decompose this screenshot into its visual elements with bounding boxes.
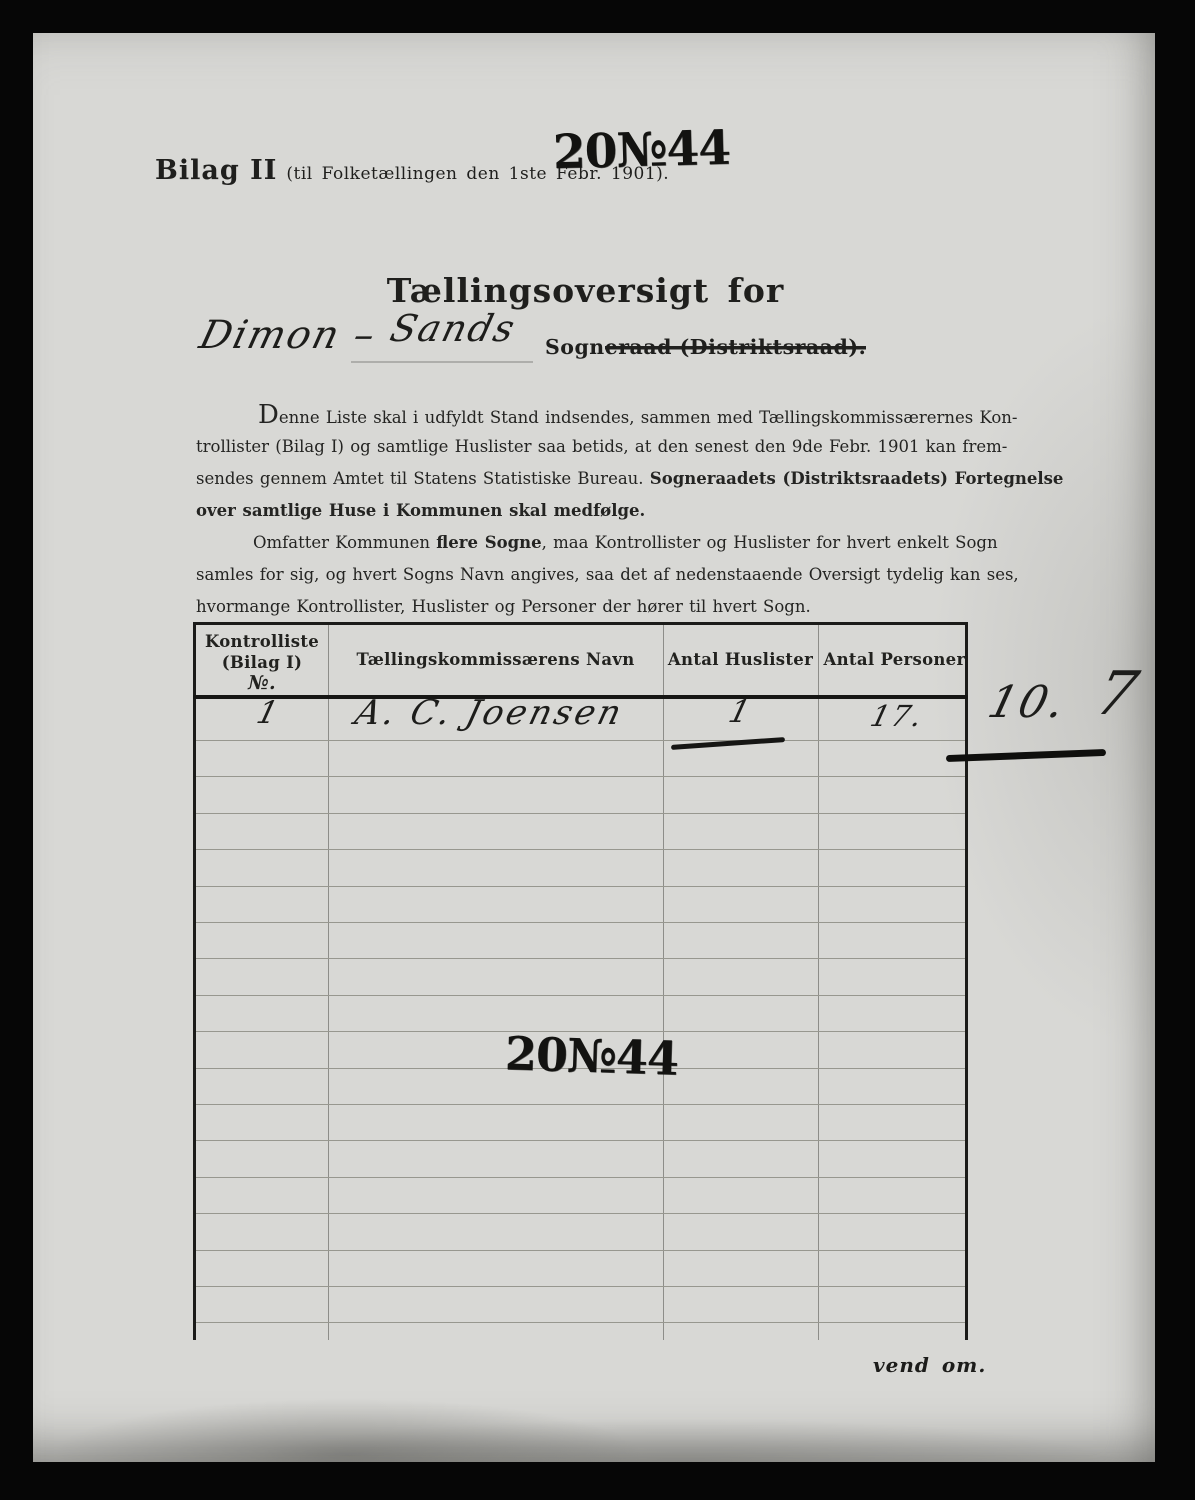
paragraph2-line3: hvormange Kontrollister, Huslister og Pe… xyxy=(196,591,976,623)
table-row-line xyxy=(196,740,965,741)
column-divider-3 xyxy=(818,625,819,1340)
header-kontrolliste: Kontrolliste xyxy=(196,632,328,651)
header-antal-huslister: Antal Huslister xyxy=(663,650,818,669)
paragraph1-line2: trollister (Bilag I) og samtlige Huslist… xyxy=(196,431,976,463)
page-title: Tællingsoversigt for xyxy=(33,271,1138,310)
paragraph1-line3-bold: Sogneraadets (Distriktsraadets) Fortegne… xyxy=(650,469,1064,488)
table-row-line xyxy=(196,995,965,996)
table-row-line xyxy=(196,813,965,814)
table-row-line xyxy=(196,958,965,959)
header-no: №. xyxy=(196,672,328,694)
table-row-line xyxy=(196,1286,965,1287)
sogneraad-unstruck: Sogn xyxy=(545,335,605,359)
paragraph1-line1: Denne Liste skal i udfyldt Stand indsend… xyxy=(196,399,976,431)
entry-commissioner-name: A. C. Joensen xyxy=(351,693,628,733)
table-row-line xyxy=(196,1140,965,1141)
table-row-line xyxy=(196,922,965,923)
paragraph2-line1: Omfatter Kommunen flere Sogne, maa Kontr… xyxy=(196,527,976,559)
margin-note-1: 10. xyxy=(983,677,1072,728)
paragraph2-line1-bold: flere Sogne xyxy=(436,533,541,552)
margin-note-2: 7 xyxy=(1089,659,1147,729)
header-antal-personer: Antal Personer xyxy=(818,650,971,669)
table-row-line xyxy=(196,1104,965,1105)
form-label: Bilag II xyxy=(155,155,277,186)
paragraph1-line4: over samtlige Huse i Kommunen skal medfø… xyxy=(196,495,976,527)
turn-over-note: vend om. xyxy=(873,1353,986,1377)
table-row-line xyxy=(196,849,965,850)
scanned-page: Bilag II (til Folketællingen den 1ste Fe… xyxy=(33,33,1155,1462)
archive-stamp-top: 20№44 xyxy=(552,121,730,181)
sogneraad-label: Sogneraad (Distriktsraad). xyxy=(545,335,866,359)
paragraph1-line3-normal: sendes gennem Amtet til Statens Statisti… xyxy=(196,469,644,488)
header-taellingskommissaerens-navn: Tællingskommissærens Navn xyxy=(328,650,663,669)
paragraph2-line1-rest: , maa Kontrollister og Huslister for hve… xyxy=(542,533,998,552)
form-blank-line xyxy=(351,361,533,363)
handwritten-place-name-1: Dimon – xyxy=(195,313,381,358)
entry-antal-personer: 17. xyxy=(867,699,928,733)
paragraph2-line2: samles for sig, og hvert Sogns Navn angi… xyxy=(196,559,976,591)
sogneraad-struck-text: eraad (Distriktsraad). xyxy=(605,335,867,359)
handwritten-place-name-2: Sands xyxy=(363,307,544,350)
table-row-line xyxy=(196,1177,965,1178)
column-divider-2 xyxy=(663,625,664,1340)
paragraph2-line1-normal: Omfatter Kommunen xyxy=(253,533,430,552)
table-row-line xyxy=(196,776,965,777)
table-row-line xyxy=(196,1250,965,1251)
table-row-line xyxy=(196,1213,965,1214)
header-bilag-i: (Bilag I) xyxy=(196,653,328,672)
table-row-line xyxy=(196,886,965,887)
paragraph1-line3: sendes gennem Amtet til Statens Statisti… xyxy=(196,463,976,495)
column-divider-1 xyxy=(328,625,329,1340)
scan-background: { "document": { "header": { "form_label"… xyxy=(0,0,1195,1500)
instruction-paragraphs: Denne Liste skal i udfyldt Stand indsend… xyxy=(196,399,976,623)
paragraph1-line1-text: enne Liste skal i udfyldt Stand indsende… xyxy=(279,408,1018,427)
margin-underline-stroke xyxy=(946,749,1106,762)
table-row-line xyxy=(196,1322,965,1323)
archive-stamp-center: 20№44 xyxy=(504,1026,679,1085)
drop-initial: D xyxy=(258,400,279,430)
